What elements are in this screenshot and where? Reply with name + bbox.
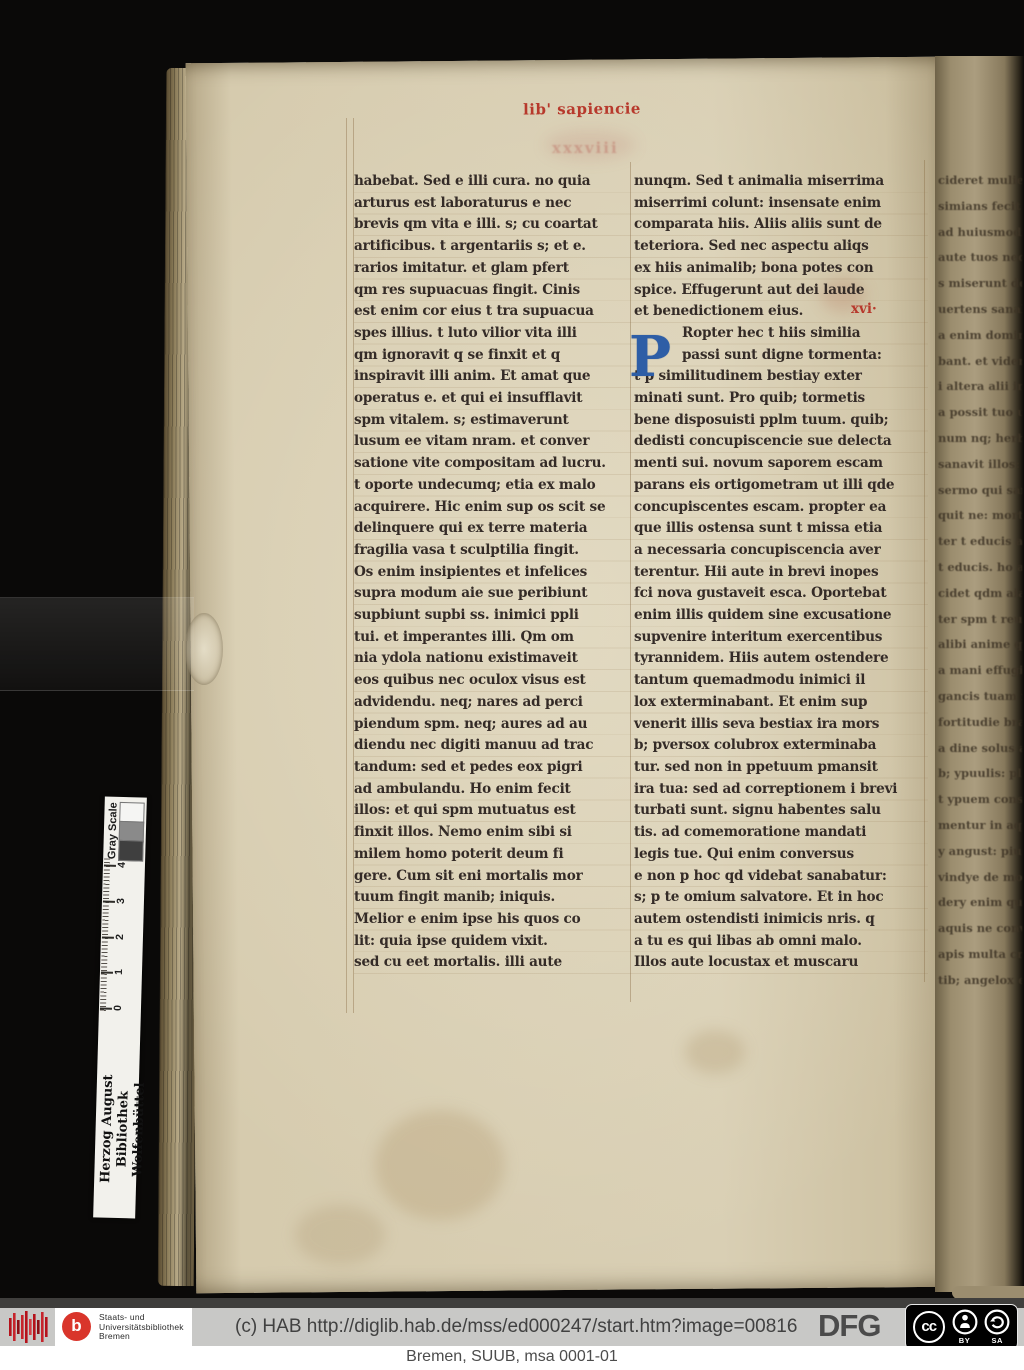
- dfg-logo: DFG: [818, 1308, 902, 1344]
- text-line: et benedictionem eius.: [634, 301, 928, 323]
- bremen-library-name: Staats- und Universitätsbibliothek Breme…: [99, 1313, 184, 1342]
- text-line: a enim dominu tu qs: [938, 323, 1022, 349]
- text-line: milem homo poterit deum fi: [354, 844, 634, 866]
- bremen-line3: Bremen: [99, 1332, 184, 1342]
- bremen-library-panel: b Staats- und Universitätsbibliothek Bre…: [55, 1308, 192, 1346]
- text-line: est enim cor eius t tra supuacua: [354, 301, 634, 323]
- text-line: alibi anime que recep: [938, 632, 1022, 658]
- text-line: inspiravit illi anim. Et amat que: [354, 366, 634, 388]
- footer-dark-strip: [0, 1298, 1024, 1308]
- ruler-number: 4: [116, 858, 130, 872]
- text-line: tandum: sed et pedes eox pigri: [354, 757, 634, 779]
- parchment-stain: [375, 1110, 505, 1220]
- library-label-line2: Wolfenbüttel: [129, 1047, 150, 1211]
- chapter-numeral: xvi·: [851, 301, 877, 317]
- text-line: Illos aute locustax et muscaru: [634, 952, 928, 974]
- text-line: nia ydola nationu existimaveit: [354, 648, 634, 670]
- text-line: lusum ee vitam nram. et conver: [354, 431, 634, 453]
- ruler-cm-tick: [103, 900, 115, 902]
- text-line: gancis tuam noste re: [938, 684, 1022, 710]
- text-line: tib; angelox esca nutr: [938, 968, 1022, 994]
- text-line: turbati sunt. signu habentes salu: [634, 800, 928, 822]
- text-line: illos: et qui spm mutuatus est: [354, 800, 634, 822]
- text-line: spice. Effugerunt aut dei laude: [634, 280, 928, 302]
- text-line: habebat. Sed e illi cura. no quia: [354, 171, 634, 193]
- text-line: rarios imitatur. et glam pfert: [354, 258, 634, 280]
- caption-strip: Bremen, SUUB, msa 0001-01: [0, 1346, 1024, 1370]
- text-line: minati sunt. Pro quib; tormetis: [634, 388, 928, 410]
- text-line: eos quibus nec oculox visus est: [354, 670, 634, 692]
- text-line: s; p te omium salvatore. Et in hoc: [634, 887, 928, 909]
- facing-page-text-fragments: cideret mulier: t n csimians fecit illox…: [938, 168, 1022, 996]
- ruler-cm-tick: [104, 864, 116, 866]
- text-line: delinquere qui ex terre materia: [354, 518, 634, 540]
- text-line: lox exterminabant. Et enim sup: [634, 692, 928, 714]
- book-weight-tip: [185, 613, 223, 685]
- text-line: miserrimi colunt: insensate enim: [634, 193, 928, 215]
- text-line: spm vitalem. s; estimaverunt: [354, 410, 634, 432]
- text-line: venerit illis seva bestiax ira mors: [634, 714, 928, 736]
- text-line: e non p hoc qd videbat sanabatur:: [634, 866, 928, 888]
- text-line: b; ypuulis: plecuron: [938, 761, 1022, 787]
- text-line: tuum fingit manib; iniquis.: [354, 887, 634, 909]
- cc-by-person-icon: [952, 1309, 978, 1335]
- text-line: a tu es qui libas ab omni malo.: [634, 931, 928, 953]
- text-line: ter spm t reuertetur: [938, 607, 1022, 633]
- text-line: sed cu eet mortalis. illi aute: [354, 952, 634, 974]
- text-line: simians fecit illox. qui: [938, 194, 1022, 220]
- ruling-line: [346, 118, 347, 1013]
- text-line: dery enim que mans: [938, 890, 1022, 916]
- text-line: operatus e. et qui ei insufflavit: [354, 388, 634, 410]
- text-line: aute tuos nec dracon: [938, 245, 1022, 271]
- text-line: ter t educis ad por: [938, 529, 1022, 555]
- text-column-2: nunqm. Sed t animalia miserrimamiserrimi…: [634, 171, 928, 974]
- text-line: parans eis ortigometram ut illi qde: [634, 475, 928, 497]
- text-line: fortitudie brachii tuo: [938, 710, 1022, 736]
- text-line: tyrannidem. Hiis autem ostendere: [634, 648, 928, 670]
- grayscale-title: Gray Scale: [106, 795, 120, 867]
- text-line: cidet qdm aiam sua: [938, 581, 1022, 607]
- text-line: t oporte undecumq; etia ex malo: [354, 475, 634, 497]
- text-line: comparata hiis. Aliis aliis sunt de: [634, 214, 928, 236]
- cc-sa-item: SA: [984, 1309, 1010, 1345]
- text-line: uertens sanabat illos: [938, 297, 1022, 323]
- ruler-cm-tick: [102, 936, 114, 938]
- text-line: lit: quia ipse quidem vixit.: [354, 931, 634, 953]
- cc-by-item: BY: [952, 1309, 978, 1345]
- text-line: ex hiis animalib; bona potes con: [634, 258, 928, 280]
- text-line: brevis qm vita e illi. s; cu coartat: [354, 214, 634, 236]
- ruler-number: 2: [114, 929, 128, 943]
- text-line: Ropter hec t hiis similia: [634, 323, 928, 345]
- text-line: finxit illos. Nemo enim sibi si: [354, 822, 634, 844]
- text-line: autem ostendisti inimicis nris. q: [634, 909, 928, 931]
- text-line: gere. Cum sit eni mortalis mor: [354, 866, 634, 888]
- text-line: Os enim insipientes et infelices: [354, 562, 634, 584]
- ruler-scale: Gray Scale Herzog August Bibliothek Wolf…: [93, 796, 147, 1218]
- text-line: num nq; herba neq;: [938, 426, 1022, 452]
- text-line: t ypuem consilui: [938, 787, 1022, 813]
- text-line: b; pversox colubrox exterminaba: [634, 735, 928, 757]
- text-column-1: habebat. Sed e illi cura. no quiaarturus…: [354, 171, 634, 974]
- text-line: vindye de mom och: [938, 865, 1022, 891]
- text-line: ira tua: sed ad correptionem i brevi: [634, 779, 928, 801]
- text-line: a dine solus aquis m: [938, 736, 1022, 762]
- text-line: passi sunt digne tormenta:: [634, 345, 928, 367]
- faint-foliation: xxxviii: [552, 139, 619, 157]
- text-line: sermo qui sanat om: [938, 478, 1022, 504]
- text-line: diendu nec digiti manuu ad trac: [354, 735, 634, 757]
- text-line: s miserunt dentes psu: [938, 271, 1022, 297]
- text-line: spes illius. t luto vilior vita illi: [354, 323, 634, 345]
- parchment-stain: [295, 1205, 385, 1265]
- text-line: fragilia vasa t sculptilia fingit.: [354, 540, 634, 562]
- text-line: tis. ad comemoratione mandati: [634, 822, 928, 844]
- parchment-stain: [685, 1030, 745, 1074]
- text-line: piendum spm. neq; aures ad au: [354, 714, 634, 736]
- cc-sa-label: SA: [992, 1336, 1003, 1345]
- text-line: legis tue. Qui enim conversus: [634, 844, 928, 866]
- text-line: t educis. ho autem oc: [938, 555, 1022, 581]
- text-line: enim illis quidem sine excusatione: [634, 605, 928, 627]
- library-label-line1: Herzog August Bibliothek: [97, 1047, 134, 1212]
- text-line: t p similitudinem bestiay exter: [634, 366, 928, 388]
- text-line: aquis ne convenerent: [938, 916, 1022, 942]
- text-line: teteriora. Sed nec aspectu aliqs: [634, 236, 928, 258]
- text-line: bene disposuisti pplm tuum. quib;: [634, 410, 928, 432]
- ruler-number: 3: [115, 894, 129, 908]
- text-line: a possit tuo uti ad i: [938, 400, 1022, 426]
- text-line: qm ignoravit q se finxit et q: [354, 345, 634, 367]
- text-line: fci nova gustaveit esca. Oportebat: [634, 583, 928, 605]
- ruler-number: 1: [113, 965, 127, 979]
- footer-bar: b Staats- und Universitätsbibliothek Bre…: [0, 1308, 1024, 1346]
- illuminated-initial-p: P: [629, 329, 671, 385]
- text-line: ad ambulandu. Ho enim fecit: [354, 779, 634, 801]
- text-line: apis multa creare ave: [938, 942, 1022, 968]
- text-line: tur. sed non in ppetuum pmansit: [634, 757, 928, 779]
- text-line: nunqm. Sed t animalia miserrima: [634, 171, 928, 193]
- cc-by-label: BY: [959, 1336, 970, 1345]
- text-line: terentur. Hii aute in brevi inopes: [634, 562, 928, 584]
- text-line: i altera alii in ridente: [938, 374, 1022, 400]
- text-line: advidendu. neq; nares ad perci: [354, 692, 634, 714]
- shelfmark-caption: Bremen, SUUB, msa 0001-01: [0, 1346, 1024, 1368]
- library-label: Herzog August Bibliothek Wolfenbüttel: [97, 1047, 136, 1212]
- copyright-url-text: (c) HAB http://diglib.hab.de/mss/ed00024…: [235, 1308, 775, 1346]
- ruler-cm-tick: [100, 1007, 112, 1009]
- text-line: menti sui. novum saporem escam: [634, 453, 928, 475]
- text-line: Melior e enim ipse his quos co: [354, 909, 634, 931]
- text-line: a necessaria concupiscencia aver: [634, 540, 928, 562]
- text-line: supbiunt supbi ss. inimici ppli: [354, 605, 634, 627]
- book-weight-strip: [0, 597, 194, 691]
- text-line: satione vite compositam ad lucru.: [354, 453, 634, 475]
- text-line: qm res supuacuas fingit. Cinis: [354, 280, 634, 302]
- text-line: sanavit illos: s; tuu: [938, 452, 1022, 478]
- text-line: acquirere. Hic enim sup os scit se: [354, 497, 634, 519]
- text-line: quit ne: mortis hab: [938, 503, 1022, 529]
- bremen-b-logo: b: [62, 1312, 91, 1341]
- text-line: mentur in aqua: [938, 813, 1022, 839]
- cc-sa-arrow-icon: [984, 1309, 1010, 1335]
- digitized-manuscript-photo: lib' sapiencie xxxviii habebat. Sed e il…: [0, 0, 1024, 1370]
- text-line: cideret mulier: t n c: [938, 168, 1022, 194]
- text-line: concupiscentes escam. propter ea: [634, 497, 928, 519]
- text-line: supvenire interitum exercentibus: [634, 627, 928, 649]
- cc-icon: cc: [913, 1311, 945, 1343]
- ruler-cm-tick: [101, 972, 113, 974]
- text-line: artificibus. t argentariis s; et e.: [354, 236, 634, 258]
- text-line: ad huiusmodi exterm: [938, 220, 1022, 246]
- running-title: lib' sapiencie: [497, 99, 667, 118]
- text-line: supra modum aie sue peribiunt: [354, 583, 634, 605]
- text-line: que illis ostensa sunt t missa etia: [634, 518, 928, 540]
- ruler-number: 0: [112, 1001, 126, 1015]
- text-line: tantum quemadmodu inimici il: [634, 670, 928, 692]
- text-line: y angust: pius ignis v: [938, 839, 1022, 865]
- text-line: bant. et videntur san: [938, 349, 1022, 375]
- suub-waveform-logo: [0, 1308, 55, 1346]
- text-line: a mani effugit in pot: [938, 658, 1022, 684]
- text-line: arturus est laboraturus e nec: [354, 193, 634, 215]
- text-line: tui. et imperantes illi. Qm om: [354, 627, 634, 649]
- text-line: dedisti concupiscencie sue delecta: [634, 431, 928, 453]
- cc-license-badge: cc BY SA: [905, 1304, 1018, 1350]
